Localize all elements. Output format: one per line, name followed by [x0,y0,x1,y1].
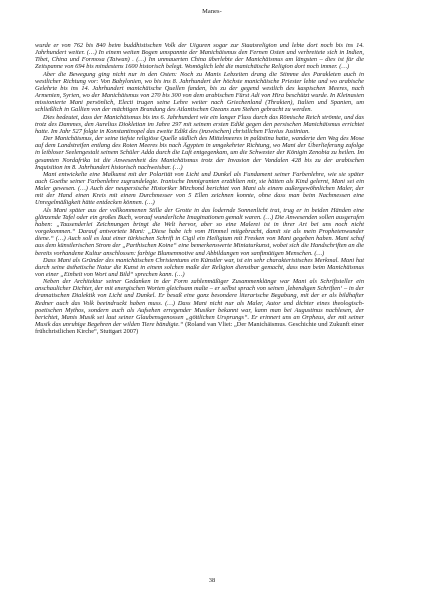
paragraph: Der Manichäismus, der seine tiefste reli… [35,135,364,171]
paragraph-with-citation: Neben der Architektur seiner Gedanken in… [35,278,364,335]
paragraph: Dies bedeutet, dass der Manichäismus bis… [35,114,364,135]
document-page: Manes- wurde er von 762 bis 840 beim bud… [0,0,424,600]
paragraph: Dass Mani als Gründer des manichäischen … [35,257,364,278]
paragraph: wurde er von 762 bis 840 beim buddhistis… [35,42,364,71]
running-header: Manes- [0,8,424,15]
body-text: wurde er von 762 bis 840 beim buddhistis… [35,42,364,335]
paragraph: Mani entwickelte eine Malkunst mit der P… [35,171,364,207]
paragraph: Als Mani später aus der vollkommenen Sti… [35,207,364,257]
paragraph: Aber die Bewegung ging nicht nur in den … [35,71,364,114]
page-number: 38 [0,577,424,584]
